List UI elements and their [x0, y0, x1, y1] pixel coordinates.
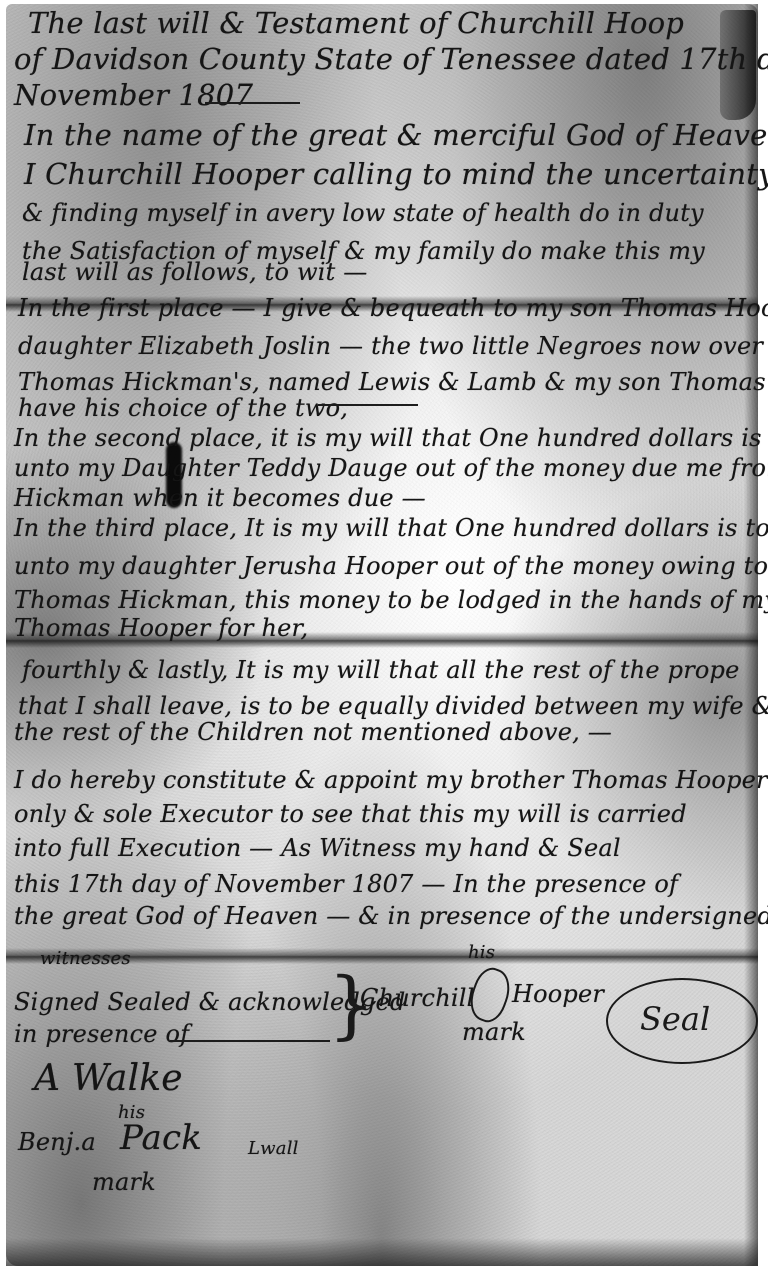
witness-2-mark-label: mark — [92, 1168, 156, 1196]
body-line-5: last will as follows, to wit — — [22, 258, 368, 286]
body-line-3: & finding myself in avery low state of h… — [22, 199, 704, 227]
testator-his-label: his — [468, 942, 495, 963]
title-line-3: November 1807 — [14, 78, 253, 112]
title-flourish — [205, 102, 300, 104]
body-line-12: Hickman when it becomes due — — [14, 484, 426, 512]
body-line-14: unto my daughter Jerusha Hooper out of t… — [14, 552, 768, 580]
body-line-24: the great God of Heaven — & in presence … — [14, 902, 768, 930]
body-line-25: witnesses — [40, 948, 131, 969]
body-line-15: Thomas Hickman, this money to be lodged … — [14, 586, 768, 614]
title-line-1: The last will & Testament of Churchill H… — [28, 6, 684, 40]
testator-name-left: Churchill — [360, 984, 474, 1012]
body-line-21: only & sole Executor to see that this my… — [14, 800, 687, 828]
body-line-9: have his choice of the two, — [18, 394, 348, 422]
body-line-23: this 17th day of November 1807 — In the … — [14, 870, 678, 898]
testator-mark-label: mark — [462, 1018, 526, 1046]
body-line-1: In the name of the great & merciful God … — [24, 118, 768, 152]
title-line-2: of Davidson County State of Tenessee dat… — [14, 42, 768, 76]
testator-name-right: Hooper — [512, 980, 604, 1008]
witness-2-name: Pack — [120, 1118, 202, 1158]
body-line-18: that I shall leave, is to be equally div… — [18, 692, 768, 720]
body-line-22: into full Execution — As Witness my hand… — [14, 834, 621, 862]
body-line-8: Thomas Hickman's, named Lewis & Lamb & m… — [18, 368, 768, 396]
bottom-torn-edge — [6, 1238, 758, 1266]
attestation-line-2: in presence of — [14, 1020, 189, 1048]
seal-label: Seal — [640, 1000, 710, 1038]
witness-2-annotation: Lwall — [248, 1138, 299, 1159]
body-line-16: Thomas Hooper for her, — [14, 614, 308, 642]
body-line-2: I Churchill Hooper calling to mind the u… — [24, 157, 768, 191]
dash-rule — [318, 404, 418, 406]
body-line-11: unto my Daughter Teddy Dauge out of the … — [14, 454, 768, 482]
witness-2-prefix: Benj.a — [18, 1128, 96, 1156]
witness-1-name: A Walke — [34, 1058, 183, 1099]
body-line-13: In the third place, It is my will that O… — [14, 514, 768, 542]
attestation-rule — [170, 1040, 330, 1042]
body-line-17: fourthly & lastly, It is my will that al… — [22, 656, 740, 684]
body-line-20: I do hereby constitute & appoint my brot… — [14, 766, 768, 794]
body-line-19: the rest of the Children not mentioned a… — [14, 718, 612, 746]
body-line-10: In the second place, it is my will that … — [14, 424, 768, 452]
body-line-7: daughter Elizabeth Joslin — the two litt… — [18, 332, 768, 360]
body-line-6: In the first place — I give & bequeath t… — [18, 294, 768, 322]
